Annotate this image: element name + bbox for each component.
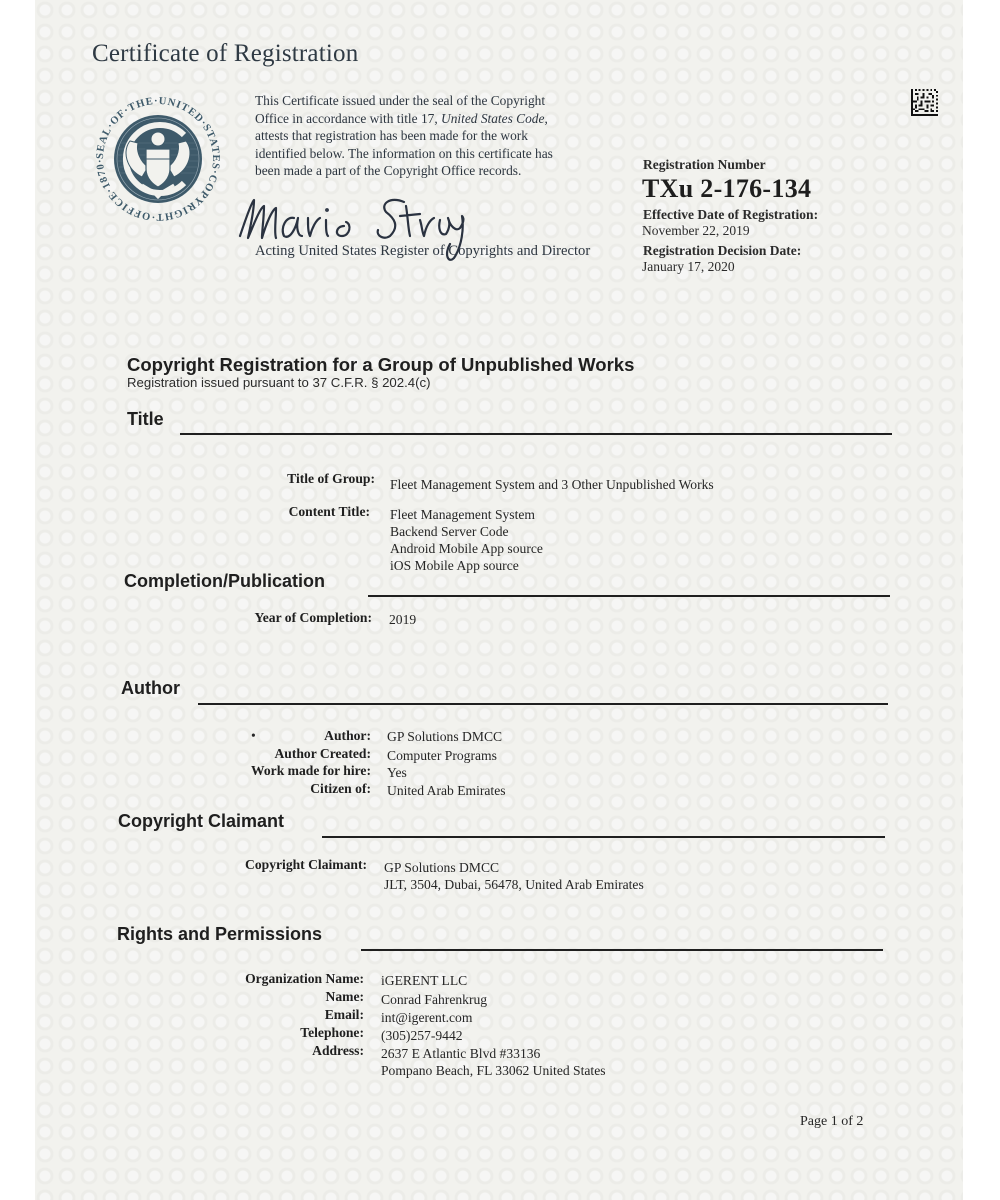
section-rights-heading: Rights and Permissions bbox=[117, 924, 322, 945]
work-for-hire-label: Work made for hire: bbox=[171, 763, 371, 779]
data-matrix-barcode-icon bbox=[911, 89, 938, 116]
certificate-title: Certificate of Registration bbox=[92, 40, 358, 68]
copyright-office-seal-icon: SEAL·OF·THE·UNITED·STATES·COPYRIGHT·OFFI… bbox=[92, 93, 224, 225]
section-divider bbox=[180, 433, 892, 435]
title-of-group-label: Title of Group: bbox=[175, 471, 375, 487]
claimant-address: JLT, 3504, Dubai, 56478, United Arab Emi… bbox=[384, 876, 644, 893]
section-divider bbox=[368, 595, 890, 597]
contact-name-value: Conrad Fahrenkrug bbox=[381, 991, 487, 1008]
address-info: 2637 E Atlantic Blvd #33136 Pompano Beac… bbox=[381, 1045, 606, 1079]
author-created-value: Computer Programs bbox=[387, 747, 497, 764]
section-completion-heading: Completion/Publication bbox=[124, 571, 325, 592]
content-title-label: Content Title: bbox=[170, 504, 370, 520]
claimant-name: GP Solutions DMCC bbox=[384, 859, 644, 876]
author-label: Author: bbox=[171, 728, 371, 744]
year-of-completion-label: Year of Completion: bbox=[172, 610, 372, 626]
address-line-2: Pompano Beach, FL 33062 United States bbox=[381, 1062, 606, 1079]
author-value: GP Solutions DMCC bbox=[387, 728, 502, 745]
section-title-heading: Title bbox=[127, 409, 164, 430]
telephone-value: (305)257-9442 bbox=[381, 1027, 463, 1044]
email-label: Email: bbox=[164, 1007, 364, 1023]
author-created-label: Author Created: bbox=[171, 746, 371, 762]
work-for-hire-value: Yes bbox=[387, 764, 407, 781]
page-number: Page 1 of 2 bbox=[800, 1114, 863, 1130]
registration-number: TXu 2-176-134 bbox=[642, 174, 811, 204]
effective-date-label: Effective Date of Registration: bbox=[643, 207, 818, 223]
content-title-item: Fleet Management System bbox=[390, 506, 543, 523]
registration-number-label: Registration Number bbox=[643, 157, 766, 173]
content-title-item: Android Mobile App source bbox=[390, 540, 543, 557]
email-value: int@igerent.com bbox=[381, 1009, 472, 1026]
citizen-of-value: United Arab Emirates bbox=[387, 782, 506, 799]
document-subheading: Registration issued pursuant to 37 C.F.R… bbox=[127, 375, 430, 390]
organization-name-label: Organization Name: bbox=[164, 971, 364, 987]
effective-date: November 22, 2019 bbox=[642, 223, 750, 239]
address-label: Address: bbox=[164, 1043, 364, 1059]
claimant-info: GP Solutions DMCC JLT, 3504, Dubai, 5647… bbox=[384, 859, 644, 893]
section-divider bbox=[322, 836, 885, 838]
copyright-claimant-label: Copyright Claimant: bbox=[167, 857, 367, 873]
certificate-intro: This Certificate issued under the seal o… bbox=[255, 92, 635, 180]
decision-date: January 17, 2020 bbox=[642, 259, 735, 275]
content-title-list: Fleet Management System Backend Server C… bbox=[390, 506, 543, 574]
address-line-1: 2637 E Atlantic Blvd #33136 bbox=[381, 1045, 606, 1062]
contact-name-label: Name: bbox=[164, 989, 364, 1005]
year-of-completion-value: 2019 bbox=[389, 611, 416, 628]
citizen-of-label: Citizen of: bbox=[171, 781, 371, 797]
content-title-item: iOS Mobile App source bbox=[390, 557, 543, 574]
signer-title: Acting United States Register of Copyrig… bbox=[255, 243, 590, 260]
section-author-heading: Author bbox=[121, 678, 180, 699]
decision-date-label: Registration Decision Date: bbox=[643, 243, 801, 259]
section-divider bbox=[198, 703, 888, 705]
title-of-group-value: Fleet Management System and 3 Other Unpu… bbox=[390, 476, 714, 493]
section-claimant-heading: Copyright Claimant bbox=[118, 811, 284, 832]
certificate-page: Certificate of Registration SEAL·OF·THE·… bbox=[35, 0, 963, 1200]
content-title-item: Backend Server Code bbox=[390, 523, 543, 540]
section-divider bbox=[361, 949, 883, 951]
document-heading: Copyright Registration for a Group of Un… bbox=[127, 354, 634, 376]
telephone-label: Telephone: bbox=[164, 1025, 364, 1041]
organization-name-value: iGERENT LLC bbox=[381, 972, 467, 989]
